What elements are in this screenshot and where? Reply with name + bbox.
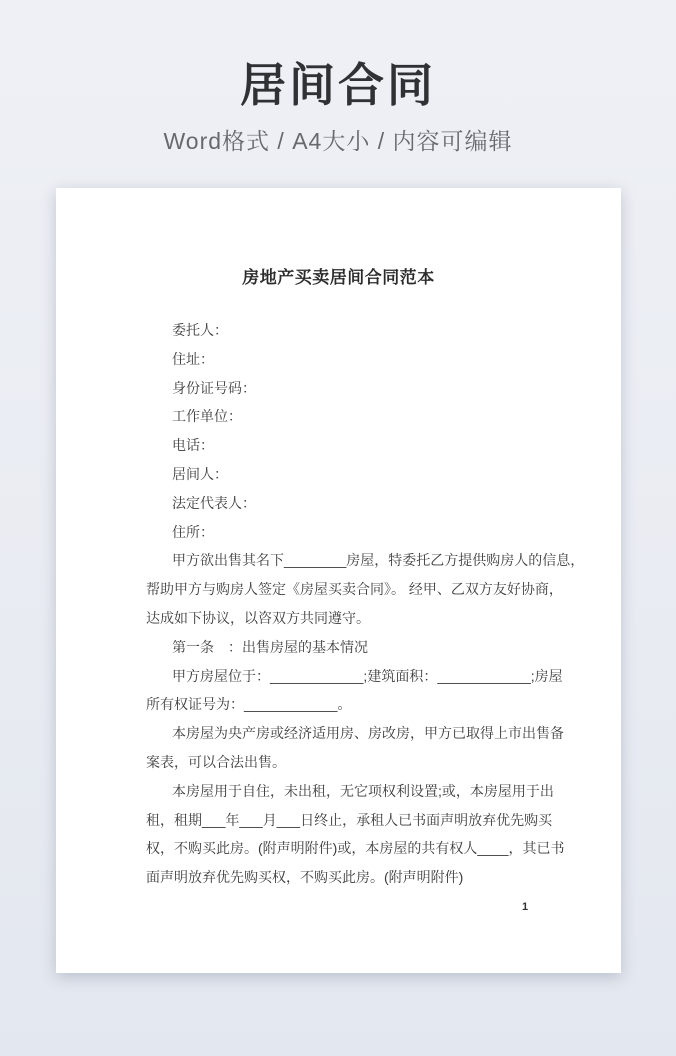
field-line: 委托人： [146, 316, 546, 345]
body-line: 帮助甲方与购房人签定《房屋买卖合同》。 经甲、乙双方友好协商， [146, 575, 546, 604]
template-subtitle: Word格式 / A4大小 / 内容可编辑 [0, 123, 676, 156]
document-title: 房地产买卖居间合同范本 [56, 263, 621, 288]
body-line: 面声明放弃优先购买权，不购买此房。(附声明附件) [146, 863, 546, 892]
body-line: 达成如下协议，以咨双方共同遵守。 [146, 604, 546, 633]
field-line: 居间人： [146, 460, 546, 489]
document-page-preview: 房地产买卖居间合同范本 委托人：住址：身份证号码：工作单位：电话：居间人：法定代… [56, 188, 621, 973]
body-line: 租，租期___年___月___日终止，承租人已书面声明放弃优先购买 [146, 806, 546, 835]
page-number: 1 [522, 901, 528, 913]
body-line: 权，不购买此房。(附声明附件)或，本房屋的共有权人____，其已书 [146, 834, 546, 863]
field-line: 电话： [146, 431, 546, 460]
header-section: 居间合同 Word格式 / A4大小 / 内容可编辑 [0, 0, 676, 156]
body-line: 本房屋用于自住，未出租，无它项权利设置;或，本房屋用于出 [146, 777, 546, 806]
template-title: 居间合同 [0, 62, 676, 108]
body-line: 甲方欲出售其名下________房屋，特委托乙方提供购房人的信息， [146, 546, 546, 575]
body-line: 本房屋为央产房或经济适用房、房改房，甲方已取得上市出售备 [146, 719, 546, 748]
body-line: 所有权证号为：____________。 [146, 690, 546, 719]
body-line: 甲方房屋位于：____________;建筑面积：____________;房屋 [146, 662, 546, 691]
page-background: { "header": { "title": "居间合同", "subtitle… [0, 0, 676, 1056]
field-line: 住址： [146, 345, 546, 374]
body-line: 第一条 ：出售房屋的基本情况 [146, 633, 546, 662]
body-line: 案表，可以合法出售。 [146, 748, 546, 777]
field-line: 工作单位： [146, 402, 546, 431]
field-line: 身份证号码： [146, 374, 546, 403]
field-line: 住所： [146, 518, 546, 547]
document-body: 委托人：住址：身份证号码：工作单位：电话：居间人：法定代表人：住所：甲方欲出售其… [146, 316, 546, 892]
field-line: 法定代表人： [146, 489, 546, 518]
